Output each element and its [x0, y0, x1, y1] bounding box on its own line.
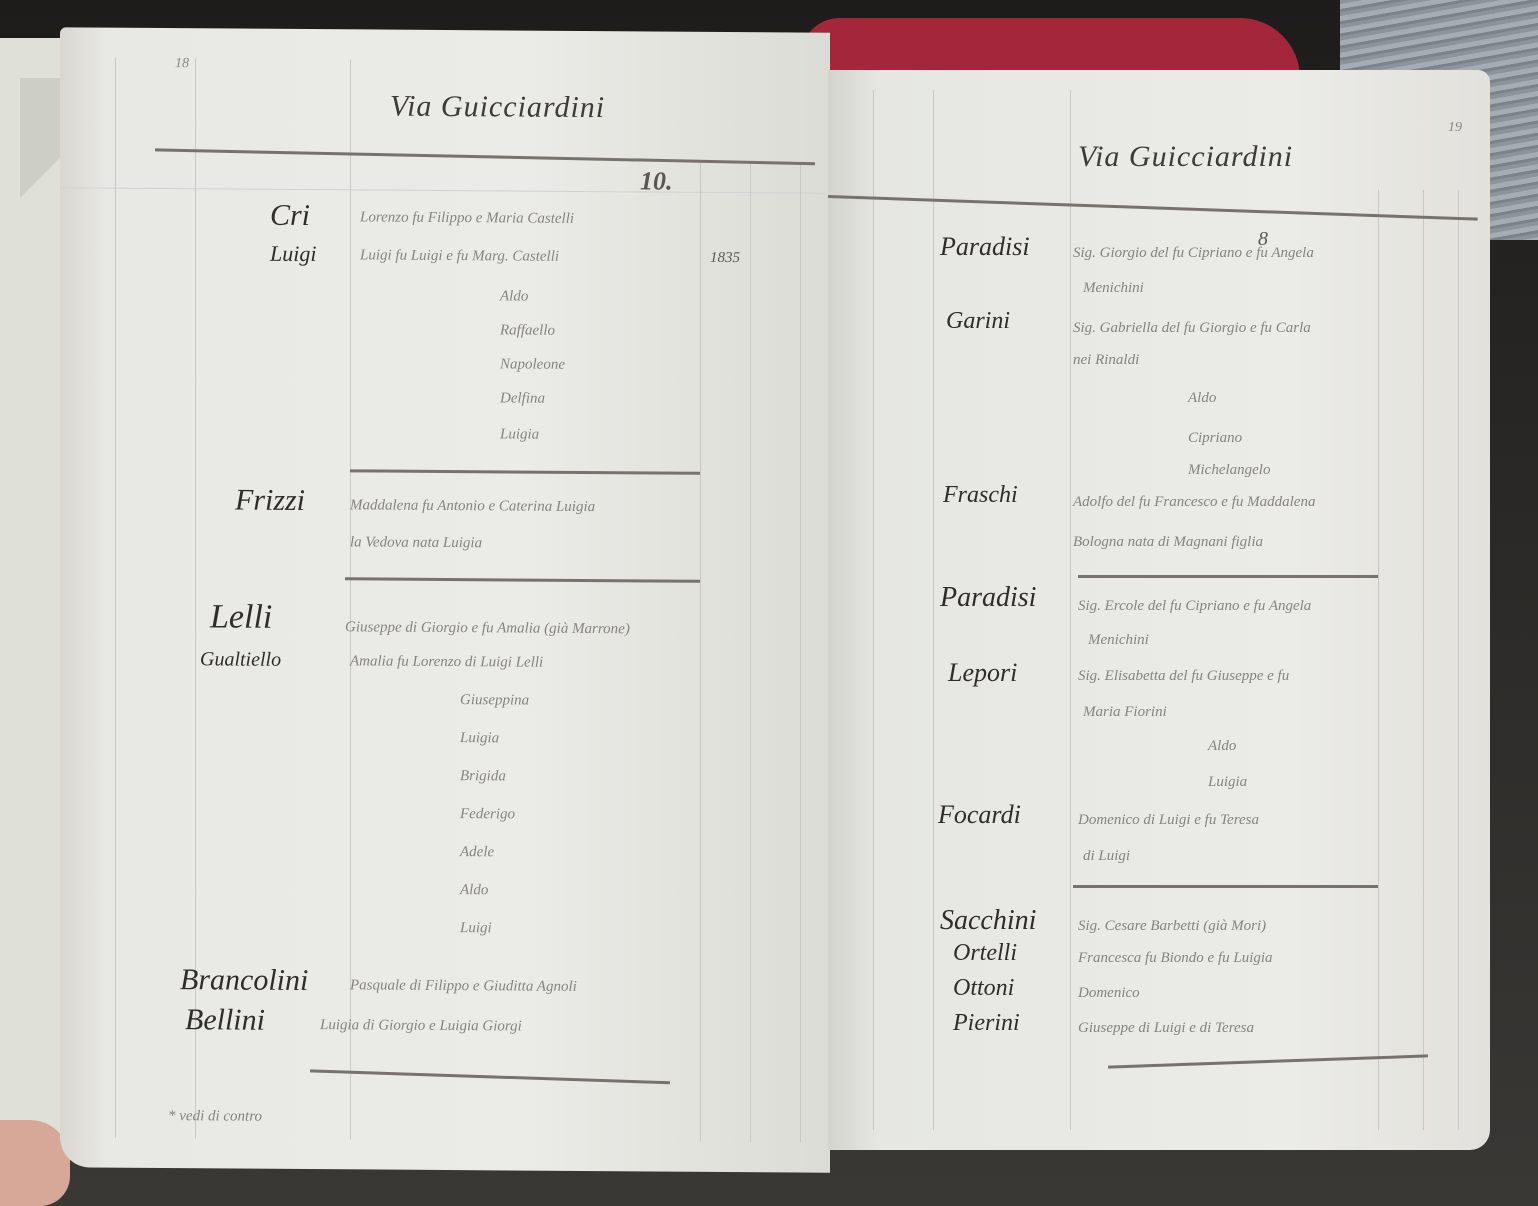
- rule-line: [60, 187, 830, 193]
- surname: Pierini: [953, 1010, 1020, 1037]
- surname: Lelli: [210, 598, 272, 636]
- surname: Focardi: [938, 800, 1021, 830]
- entry-detail: Bologna nata di Magnani figlia: [1073, 534, 1263, 551]
- house-number: 10.: [640, 166, 673, 196]
- entry-detail: Sig. Giorgio del fu Cipriano e fu Angela: [1073, 245, 1314, 262]
- child-name: Luigia: [500, 426, 539, 443]
- surname: Lepori: [948, 658, 1017, 688]
- child-name: Michelangelo: [1188, 462, 1270, 479]
- entry-detail: la Vedova nata Luigia: [350, 534, 482, 552]
- column-line: [1378, 190, 1379, 1130]
- entry-divider: [1108, 1054, 1428, 1068]
- entry-detail: Giuseppe di Giorgio e fu Amalia (già Mar…: [345, 619, 630, 638]
- entry-divider: [310, 1069, 670, 1084]
- child-name: Raffaello: [500, 322, 555, 339]
- child-name: Giuseppina: [460, 692, 529, 709]
- child-name: Aldo: [1208, 738, 1236, 755]
- entry-detail: Menichini: [1083, 280, 1144, 297]
- entry-detail: Maria Fiorini: [1083, 704, 1167, 721]
- header-rule: [828, 195, 1478, 221]
- column-line: [933, 90, 934, 1130]
- column-line: [115, 58, 116, 1138]
- entry-detail: Sig. Gabriella del fu Giorgio e fu Carla: [1073, 320, 1311, 337]
- entry-detail: Adolfo del fu Francesco e fu Maddalena: [1073, 494, 1315, 511]
- surname: Sacchini: [940, 905, 1036, 937]
- child-name: Napoleone: [500, 356, 565, 373]
- page-number: 19: [1448, 120, 1462, 136]
- given-name: Gualtiello: [200, 648, 281, 672]
- surname: Ortelli: [953, 940, 1017, 967]
- header-rule: [155, 148, 815, 165]
- right-page: 19 Via Guicciardini 8 Paradisi Sig. Gior…: [828, 70, 1490, 1150]
- column-line: [873, 90, 874, 1130]
- entry-detail: Menichini: [1088, 632, 1149, 649]
- column-line: [700, 162, 701, 1142]
- surname: Bellini: [185, 1003, 265, 1038]
- year: 1835: [710, 250, 740, 267]
- entry-detail: Luigi fu Luigi e fu Marg. Castelli: [360, 247, 559, 265]
- child-name: Brigida: [460, 768, 506, 785]
- entry-divider: [350, 469, 700, 474]
- surname: Brancolini: [180, 963, 308, 998]
- column-line: [1423, 190, 1424, 1130]
- entry-detail: Sig. Ercole del fu Cipriano e fu Angela: [1078, 598, 1311, 615]
- entry-detail: nei Rinaldi: [1073, 352, 1139, 369]
- child-name: Aldo: [1188, 390, 1216, 407]
- child-name: Luigia: [460, 730, 499, 747]
- entry-divider: [345, 577, 700, 582]
- entry-divider: [1078, 575, 1378, 578]
- given-name: Luigi: [270, 241, 316, 267]
- child-name: Delfina: [500, 390, 545, 407]
- page-header: Via Guicciardini: [390, 90, 605, 126]
- child-name: Aldo: [500, 288, 528, 305]
- entry-divider: [1073, 885, 1378, 888]
- column-line: [1458, 190, 1459, 1130]
- surname: Paradisi: [940, 582, 1036, 614]
- surname: Cri: [270, 199, 310, 233]
- entry-detail: Sig. Cesare Barbetti (già Mori): [1078, 918, 1266, 935]
- entry-detail: Domenico: [1078, 985, 1140, 1002]
- child-name: Luigia: [1208, 774, 1247, 791]
- entry-detail: Luigia di Giorgio e Luigia Giorgi: [320, 1017, 522, 1035]
- surname: Frizzi: [235, 484, 305, 518]
- entry-detail: Pasquale di Filippo e Giuditta Agnoli: [350, 977, 577, 996]
- surname: Ottoni: [953, 975, 1014, 1002]
- entry-detail: Giuseppe di Luigi e di Teresa: [1078, 1020, 1254, 1037]
- surname: Paradisi: [940, 232, 1030, 262]
- column-line: [750, 162, 751, 1142]
- surname: Fraschi: [943, 482, 1018, 509]
- column-line: [1070, 90, 1071, 1130]
- page-number: 18: [175, 56, 189, 72]
- entry-detail: Amalia fu Lorenzo di Luigi Lelli: [350, 653, 543, 671]
- child-name: Aldo: [460, 882, 488, 899]
- entry-detail: Maddalena fu Antonio e Caterina Luigia: [350, 497, 595, 516]
- entry-detail: Lorenzo fu Filippo e Maria Castelli: [360, 209, 574, 227]
- surname: Garini: [946, 308, 1010, 335]
- child-name: Luigi: [460, 920, 492, 937]
- entry-detail: di Luigi: [1083, 848, 1130, 865]
- child-name: Federigo: [460, 806, 515, 823]
- entry-detail: Sig. Elisabetta del fu Giuseppe e fu: [1078, 668, 1289, 685]
- left-page: 18 Via Guicciardini 10. Cri Lorenzo fu F…: [60, 27, 830, 1172]
- page-header: Via Guicciardini: [1078, 140, 1293, 174]
- footnote: * vedi di contro: [168, 1108, 262, 1126]
- column-line: [800, 162, 801, 1142]
- child-name: Adele: [460, 844, 494, 861]
- child-name: Cipriano: [1188, 430, 1242, 447]
- entry-detail: Francesca fu Biondo e fu Luigia: [1078, 950, 1273, 967]
- entry-detail: Domenico di Luigi e fu Teresa: [1078, 812, 1259, 829]
